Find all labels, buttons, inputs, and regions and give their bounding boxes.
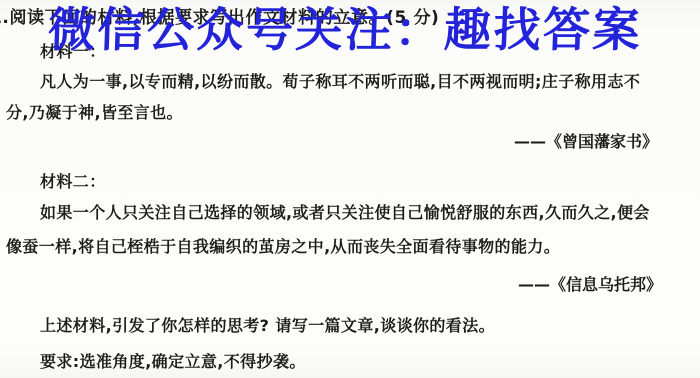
material1-text-line2: 分,乃凝于神,皆至言也。 [6, 100, 183, 123]
task-instruction: 上述材料,引发了你怎样的思考? 请写一篇文章,谈谈你的看法。 [40, 313, 495, 336]
material2-text-line2: 像蚕一样,将自己桎梏于自我编织的茧房之中,从而丧失全面看待事物的能力。 [6, 234, 560, 257]
material2-text-line1: 如果一个人只关注自己选择的领域,或者只关注使自己愉悦舒服的东西,久而久之,便会 [40, 200, 650, 223]
requirement-line: 要求:选准角度,确定立意,不得抄袭。 [40, 349, 306, 372]
exam-page: 1.阅读下面的材料,根据要求写出作文材料的立意。(5 分) 微信公众号关注：趣找… [0, 0, 700, 378]
watermark-banner: 微信公众号关注：趣找答案 [47, 4, 643, 58]
material2-label: 材料二： [40, 169, 106, 192]
material1-text-line1: 凡人为一事,以专而精,以纷而散。荀子称耳不两听而聪,目不两视而明;庄子称用志不 [40, 69, 640, 92]
material2-attribution: ——《信息乌托邦》 [0, 272, 662, 295]
material1-attribution: ——《曾国藩家书》 [0, 129, 658, 152]
